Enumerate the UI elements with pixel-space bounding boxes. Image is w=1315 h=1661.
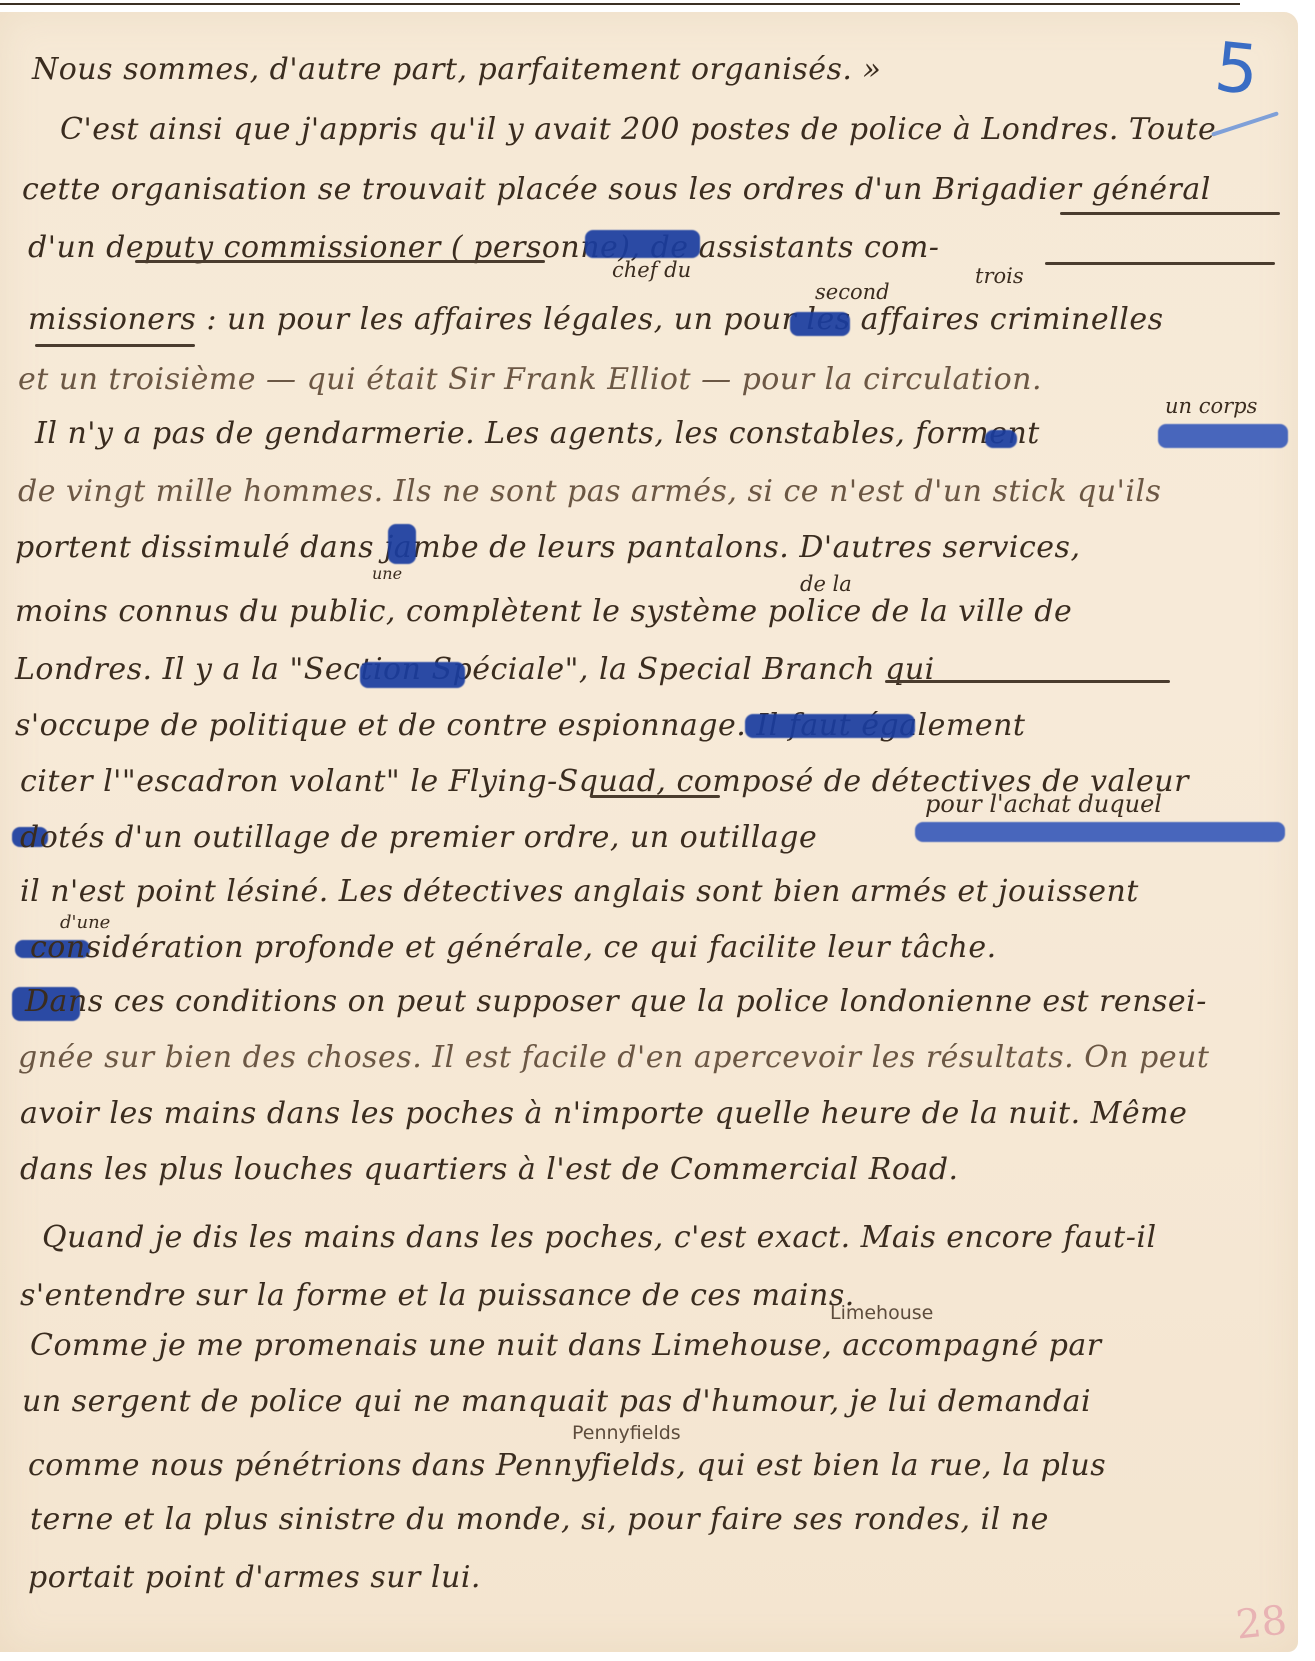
blue-strikeout <box>360 662 465 688</box>
text-line: s'entendre sur la forme et la puissance … <box>20 1278 855 1313</box>
insertion-typed: Pennyfields <box>572 1422 681 1444</box>
text-line: un sergent de police qui ne manquait pas… <box>22 1384 1091 1419</box>
insertion-typed: Limehouse <box>830 1302 933 1324</box>
text-line: portait point d'armes sur lui. <box>28 1560 481 1595</box>
underline <box>1045 262 1275 265</box>
text-line: portent dissimulé dans jambe de leurs pa… <box>15 530 1080 565</box>
text-line: Il n'y a pas de gendarmerie. Les agents,… <box>35 416 1040 451</box>
underline <box>885 680 1170 683</box>
text-line: il n'est point lésiné. Les détectives an… <box>20 874 1139 909</box>
text-line: Comme je me promenais une nuit dans Lime… <box>30 1328 1102 1363</box>
text-line: cette organisation se trouvait placée so… <box>22 172 1211 207</box>
archive-stamp: 28 <box>1234 1597 1289 1648</box>
text-line: gnée sur bien des choses. Il est facile … <box>18 1040 1209 1075</box>
manuscript-page: 5 Nous sommes, d'autre part, parfaitemen… <box>0 12 1298 1652</box>
text-line: dotés d'un outillage de premier ordre, u… <box>20 820 817 855</box>
text-line: terne et la plus sinistre du monde, si, … <box>30 1502 1049 1537</box>
underline <box>590 795 720 798</box>
page-number: 5 <box>1211 28 1262 111</box>
blue-strikeout <box>915 822 1285 842</box>
text-line: Londres. Il y a la "Section Spéciale", l… <box>15 652 935 687</box>
insertion: trois <box>975 264 1024 288</box>
blue-strikeout <box>790 312 850 336</box>
underline <box>135 260 545 263</box>
blue-blot <box>388 524 416 564</box>
text-line: missioners : un pour les affaires légale… <box>28 302 1163 337</box>
blue-strikeout <box>985 430 1017 448</box>
text-line: C'est ainsi que j'appris qu'il y avait 2… <box>60 112 1216 147</box>
page-number-stroke <box>1211 111 1279 136</box>
text-line: avoir les mains dans les poches à n'impo… <box>20 1096 1187 1131</box>
text-line: Nous sommes, d'autre part, parfaitement … <box>32 52 881 87</box>
text-line: dans les plus louches quartiers à l'est … <box>20 1152 959 1187</box>
insertion: chef du <box>612 258 691 282</box>
insertion: second <box>815 280 890 304</box>
insertion: une <box>372 564 402 583</box>
insertion: pour l'achat duquel <box>925 790 1162 818</box>
text-line: comme nous pénétrions dans Pennyfields, … <box>28 1448 1106 1483</box>
text-line: considération profonde et générale, ce q… <box>30 930 997 965</box>
underline <box>1060 212 1280 215</box>
text-line: de vingt mille hommes. Ils ne sont pas a… <box>18 474 1161 509</box>
blue-strikeout <box>585 230 700 258</box>
text-line: Quand je dis les mains dans les poches, … <box>42 1220 1157 1255</box>
underline <box>35 344 195 347</box>
blue-strikeout <box>1158 424 1288 448</box>
insertion: de la <box>800 572 852 596</box>
text-line: Dans ces conditions on peut supposer que… <box>25 984 1207 1019</box>
text-line: et un troisième — qui était Sir Frank El… <box>18 362 1042 397</box>
text-line: moins connus du public, complètent le sy… <box>15 594 1072 629</box>
scan-edge <box>0 3 1240 5</box>
blue-strikeout <box>745 714 915 738</box>
insertion: un corps <box>1165 394 1257 418</box>
